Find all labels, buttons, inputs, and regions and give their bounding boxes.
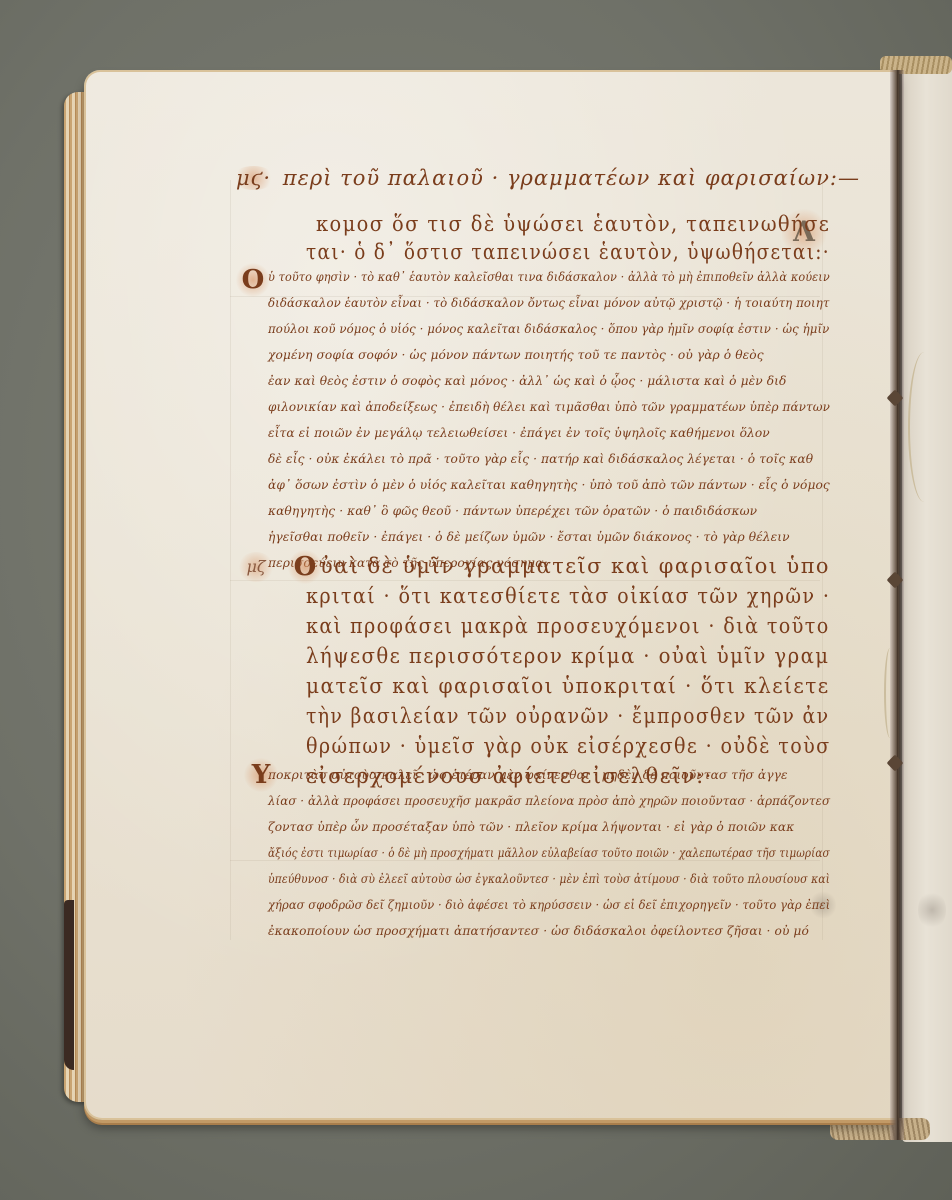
main-text-line: καὶ προφάσει μακρὰ προσευχόμενοι · διὰ τ… <box>306 614 830 638</box>
commentary-line: ἡγεῖσθαι ποθεῖν · ἐπάγει · ὁ δὲ μείζων ὑ… <box>268 530 790 544</box>
commentary-line: ἐαν καὶ θεὸς ἐστιν ὁ σοφὸς καὶ μόνος · ἀ… <box>268 374 786 388</box>
main-text-line: ται· ὁ δ᾽ ὅστισ ταπεινώσει ἑαυτὸν, ὑψωθή… <box>306 240 830 264</box>
binding-gutter <box>890 70 904 1140</box>
commentary-line: εἶτα εἰ ποιῶν ἐν μεγάλῳ τελειωθείσει · ἐ… <box>268 426 770 440</box>
commentary-line: φιλονικίαν καὶ ἀποδείξεως · ἐπειδὴ θέλει… <box>268 400 830 414</box>
commentary-line: πούλοι κοῦ νόμος ὁ υἱός · μόνος καλεῖται… <box>268 322 829 336</box>
main-text-line: θρώπων · ὑμεῖσ γὰρ οὐκ εἰσέρχεσθε · οὐδὲ… <box>306 734 830 758</box>
commentary-line: ποκριτὰσ αὐτοὺσ καλεῖ · ὡσ ἑτέραν μὲν φα… <box>268 768 788 782</box>
main-text-line: κριταί · ὅτι κατεσθίετε τὰσ οἰκίασ τῶν χ… <box>306 584 830 608</box>
leather-cover-edge <box>64 900 74 1070</box>
ruling-vertical <box>230 180 231 940</box>
main-text-line: λήψεσθε περισσότερον κρίμα · οὐαὶ ὑμῖν γ… <box>306 644 829 668</box>
commentary-line: ζοντασ ὑπὲρ ὧν προσέταξαν ὑπὸ τῶν · πλεῖ… <box>268 820 794 834</box>
chapter-number: μϛ· <box>232 166 275 190</box>
commentary-line: διδάσκαλον ἑαυτὸν εἶναι · τὸ διδάσκαλον … <box>268 296 829 310</box>
main-text-line: ματεῖσ καὶ φαρισαῖοι ὑποκριταί · ὅτι κλε… <box>306 674 830 698</box>
commentary-line: δὲ εἶς · οὐκ ἐκάλει τὸ πρᾶ · τοῦτο γὰρ ε… <box>268 452 813 466</box>
commentary-line: χήρασ σφοδρῶσ δεῖ ζημιοῦν · διὸ ἀφέσει τ… <box>268 898 830 912</box>
running-title: μϛ· περὶ τοῦ παλαιοῦ · γραμματέων καὶ φα… <box>232 166 860 190</box>
headband-bottom <box>830 1118 930 1140</box>
commentary-line: ἀφ᾽ ὅσων ἐστὶν ὁ μὲν ὁ υἱός καλεῖται καθ… <box>268 478 830 492</box>
stain <box>918 890 946 930</box>
commentary-line: χομένη σοφία σοφόν · ὡς μόνον πάντων ποι… <box>268 348 764 362</box>
commentary-line: ἄξιός ἐστι τιμωρίασ · ὁ δὲ μὴ προσχήματι… <box>268 846 830 860</box>
margin-chapter-number: μζ <box>238 552 274 582</box>
loose-thread <box>884 648 896 738</box>
title-text: περὶ τοῦ παλαιοῦ · γραμματέων καὶ φαρισα… <box>283 166 860 190</box>
main-text-line: κομοσ ὅσ τισ δὲ ὑψώσει ἑαυτὸν, ταπεινωθή… <box>316 212 830 236</box>
ruling-line <box>230 860 820 861</box>
decorated-initial: Ο <box>236 263 270 297</box>
main-text-line: ὐαὶ δὲ ὑμῖν γραμματεῖσ καὶ φαρισαῖοι ὑπο <box>320 554 830 578</box>
commentary-line: ὑπεύθυνοσ · διὰ σὺ ἐλεεῖ αὐτοὺσ ὡσ ἐγκαλ… <box>268 872 830 886</box>
ruling-line <box>230 580 820 581</box>
facing-page <box>902 62 952 1142</box>
commentary-line: καθηγητὴς · καθ᾽ ὃ φῶς θεοῦ · πάντων ὑπε… <box>268 504 757 518</box>
commentary-line: ὑ τοῦτο φησὶν · τὸ καθ᾽ ἑαυτὸν καλεῖσθαι… <box>268 270 830 284</box>
main-text-line: τὴν βασιλείαν τῶν οὐρανῶν · ἔμπροσθεν τῶ… <box>306 704 829 728</box>
commentary-line: ἐκακοποίουν ὡσ προσχήματι ἀπατήσαντεσ · … <box>268 924 809 938</box>
decorated-initial: Ο <box>288 550 322 584</box>
loose-thread <box>908 352 940 502</box>
commentary-line: λίασ · ἀλλὰ προφάσει προσευχῆσ μακρᾶσ πλ… <box>268 794 830 808</box>
